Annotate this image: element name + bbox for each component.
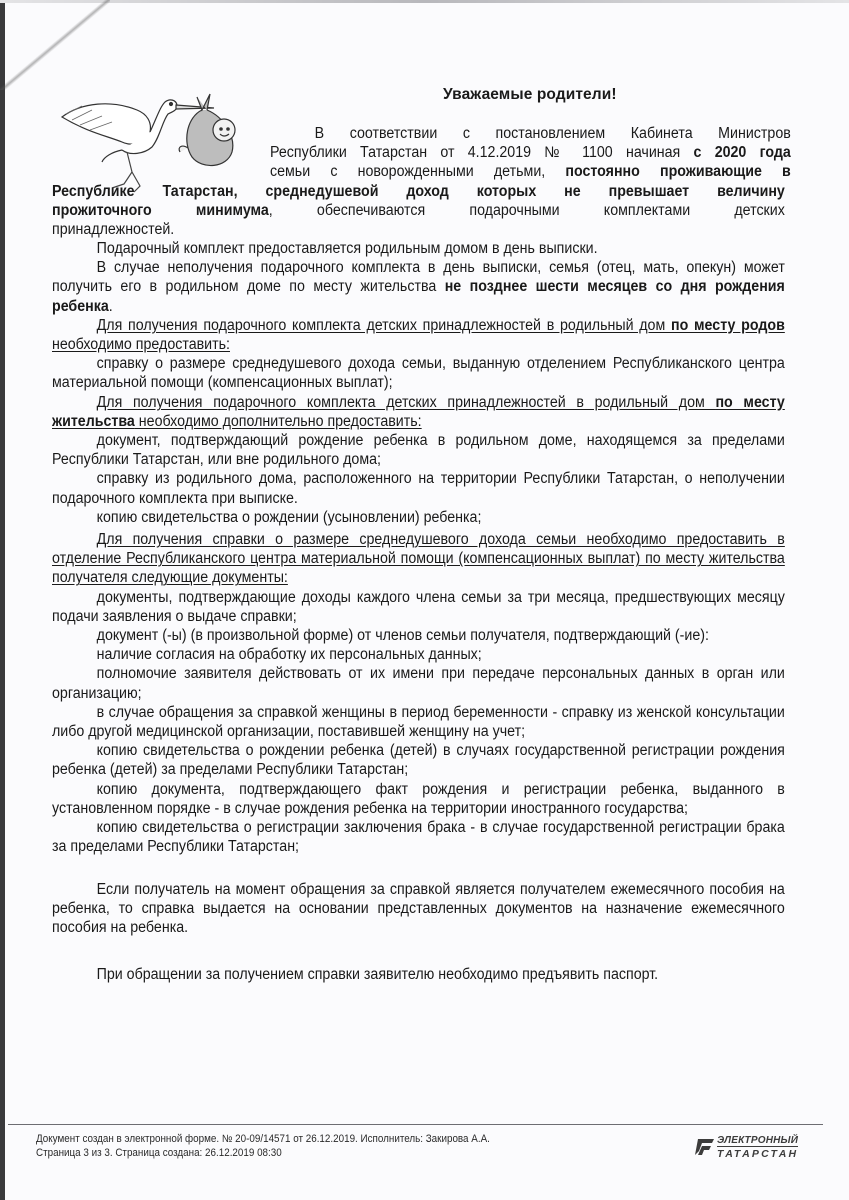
intro-line: Республики Татарстан от 4.12.2019 № 1100…	[270, 143, 791, 162]
income-section: Для получения справки о размере среднеду…	[52, 530, 840, 856]
heading-birthplace: Для получения подарочного комплекта детс…	[52, 316, 785, 354]
nonreceipt-paragraph: В случае неполучения подарочного комплек…	[52, 258, 785, 316]
logo-text-bottom: ТАТАРСТАН	[717, 1148, 798, 1160]
document-body: Подарочный комплект предоставляется роди…	[52, 239, 840, 527]
intro-paragraph: В соответствии с постановлением Кабинета…	[52, 124, 785, 239]
page-title: Уважаемые родители!	[443, 86, 617, 104]
list-item: документы, подтверждающие доходы каждого…	[52, 588, 785, 626]
intro-line: В соответствии с постановлением Кабинета…	[270, 124, 791, 143]
footer-page-info: Страница 3 из 3. Страница создана: 26.12…	[36, 1146, 490, 1160]
list-item: копию документа, подтверждающего факт ро…	[52, 780, 785, 818]
logo-mark-icon	[693, 1137, 715, 1157]
electronic-tatarstan-logo: ЭЛЕКТРОННЫЙ ТАТАРСТАН	[693, 1134, 813, 1162]
list-item-birth-copy: копию свидетельства о рождении (усыновле…	[52, 508, 785, 527]
passport-paragraph: При обращении за получением справки заяв…	[52, 965, 785, 984]
page-fold-crease	[0, 0, 110, 90]
list-item: в случае обращения за справкой женщины в…	[52, 703, 785, 741]
heading-residence: Для получения подарочного комплекта детс…	[52, 393, 785, 431]
list-item: копию свидетельства о регистрации заключ…	[52, 818, 785, 856]
gift-paragraph: Подарочный комплект предоставляется роди…	[52, 239, 785, 258]
list-item: наличие согласия на обработку их персона…	[52, 645, 785, 664]
intro-line: принадлежностей.	[52, 220, 785, 239]
footer-info: Документ создан в электронной форме. № 2…	[36, 1132, 490, 1160]
list-item: копию свидетельства о рождении ребенка (…	[52, 741, 785, 779]
intro-line: Республике Татарстан, среднедушевой дохо…	[52, 182, 785, 201]
footer-document-info: Документ создан в электронной форме. № 2…	[36, 1132, 490, 1146]
list-item-income-certificate: справку о размере среднедушевого дохода …	[52, 354, 785, 392]
intro-line: прожиточного минимума, обеспечиваются по…	[52, 201, 785, 220]
list-item: документ (-ы) (в произвольной форме) от …	[52, 626, 785, 645]
list-item-birth-document: документ, подтверждающий рождение ребенк…	[52, 431, 785, 469]
list-item: полномочие заявителя действовать от их и…	[52, 664, 785, 702]
intro-line: семьи с новорожденными детьми, постоянно…	[270, 162, 791, 181]
monthly-allowance-paragraph: Если получатель на момент обращения за с…	[52, 880, 785, 938]
scan-edge-left	[0, 0, 5, 1200]
monthly-allowance-section: Если получатель на момент обращения за с…	[52, 880, 840, 938]
list-item-maternity-certificate: справку из родильного дома, расположенно…	[52, 469, 785, 507]
footer-divider	[8, 1124, 823, 1125]
logo-text-top: ЭЛЕКТРОННЫЙ	[717, 1135, 798, 1147]
passport-section: При обращении за получением справки заяв…	[52, 965, 840, 984]
scan-edge-top	[0, 0, 849, 3]
heading-income-certificate: Для получения справки о размере среднеду…	[52, 530, 785, 588]
